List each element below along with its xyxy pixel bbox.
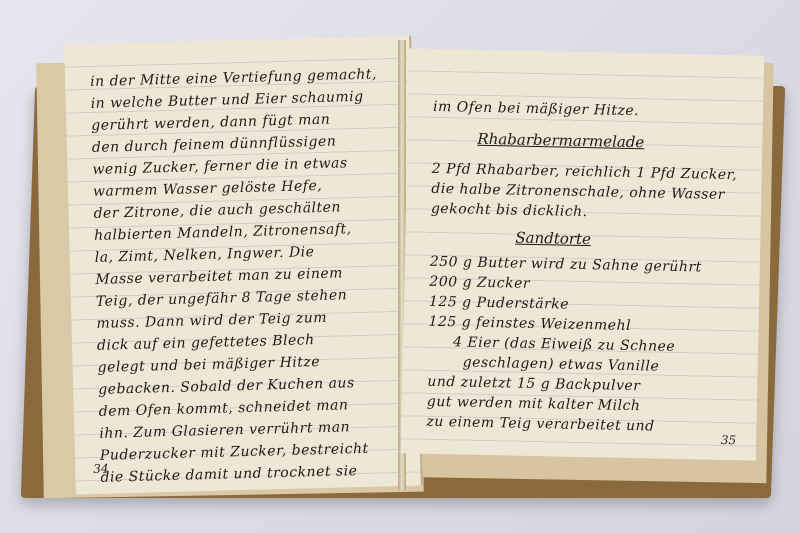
recipe-title-sandtorte: Sandtorte: [515, 229, 591, 249]
handwritten-line: gerührt werden, dann fügt man: [91, 110, 396, 134]
handwritten-line: im Ofen bei mäßiger Hitze.: [433, 99, 748, 122]
handwritten-line: dem Ofen kommt, schneidet man: [99, 396, 404, 420]
handwritten-line: die halbe Zitronenschale, ohne Wasser: [431, 181, 746, 204]
left-page: in der Mitte eine Vertiefung gemacht, in…: [64, 36, 423, 495]
handwritten-line: zu einem Teig verarbeitet und: [426, 414, 741, 437]
ingredient-row: 200 g Zucker: [429, 274, 744, 297]
handwritten-line: der Zitrone, die auch geschälten: [93, 198, 398, 222]
handwritten-line: geschlagen) etwas Vanille: [463, 355, 743, 377]
ingredient-qty: 250 g: [430, 254, 473, 271]
right-page: im Ofen bei mäßiger Hitze. Rhabarbermarm…: [401, 48, 764, 460]
handwritten-line: den durch feinem dünnflüssigen: [92, 132, 397, 156]
handwritten-line: Teig, der ungefähr 8 Tage stehen: [96, 286, 401, 310]
handwritten-line: gelegt und bei mäßiger Hitze: [97, 352, 402, 376]
handwritten-line: ihn. Zum Glasieren verrührt man: [99, 418, 404, 442]
handwritten-line: die Stücke damit und trocknet sie: [100, 462, 405, 486]
ingredient-row: 125 g feinstes Weizenmehl: [428, 314, 743, 337]
notebook-photo: in der Mitte eine Vertiefung gemacht, in…: [0, 0, 800, 533]
recipe-title-rhubarb: Rhabarbermarmelade: [477, 130, 644, 151]
ingredient-row: 4 Eier (das Eiweiß zu Schnee: [453, 334, 743, 356]
ingredient-qty: 200 g: [429, 274, 472, 291]
ingredient-item: feinstes Weizenmehl: [476, 315, 631, 334]
handwritten-line: warmem Wasser gelöste Hefe,: [93, 176, 398, 200]
handwritten-line: in welche Butter und Eier schaumig: [91, 88, 396, 112]
ingredient-item: Butter wird zu Sahne gerührt: [477, 255, 702, 276]
handwritten-line: halbierten Mandeln, Zitronensaft,: [94, 220, 399, 244]
handwritten-line: und zuletzt 15 g Backpulver: [427, 374, 742, 397]
handwritten-line: Masse verarbeitet man zu einem: [95, 264, 400, 288]
handwritten-line: la, Zimt, Nelken, Ingwer. Die: [95, 242, 400, 266]
ingredient-qty: 125 g: [428, 314, 471, 331]
ingredient-item: Eier (das Eiweiß zu Schnee: [467, 335, 675, 355]
page-number-right: 35: [721, 433, 737, 447]
ingredient-item: Zucker: [477, 275, 530, 292]
handwritten-line: gekocht bis dicklich.: [431, 201, 746, 224]
page-number-left: 34: [93, 462, 109, 476]
handwritten-line: gut werden mit kalter Milch: [427, 394, 742, 417]
handwritten-line: gebacken. Sobald der Kuchen aus: [98, 374, 403, 398]
handwritten-line: muss. Dann wird der Teig zum: [96, 308, 401, 332]
ingredient-qty: 4: [453, 334, 463, 350]
handwritten-line: wenig Zucker, ferner die in etwas: [92, 154, 397, 178]
handwritten-line: 2 Pfd Rhabarber, reichlich 1 Pfd Zucker,: [432, 161, 747, 184]
handwritten-line: in der Mitte eine Vertiefung gemacht,: [90, 66, 395, 90]
ingredient-item: Puderstärke: [476, 295, 569, 313]
handwritten-line: dick auf ein gefettetes Blech: [97, 330, 402, 354]
ingredient-row: 250 g Butter wird zu Sahne gerührt: [430, 254, 745, 277]
ingredient-qty: 125 g: [429, 294, 472, 311]
handwritten-line: Puderzucker mit Zucker, bestreicht: [100, 440, 405, 464]
ingredient-row: 125 g Puderstärke: [429, 294, 744, 317]
